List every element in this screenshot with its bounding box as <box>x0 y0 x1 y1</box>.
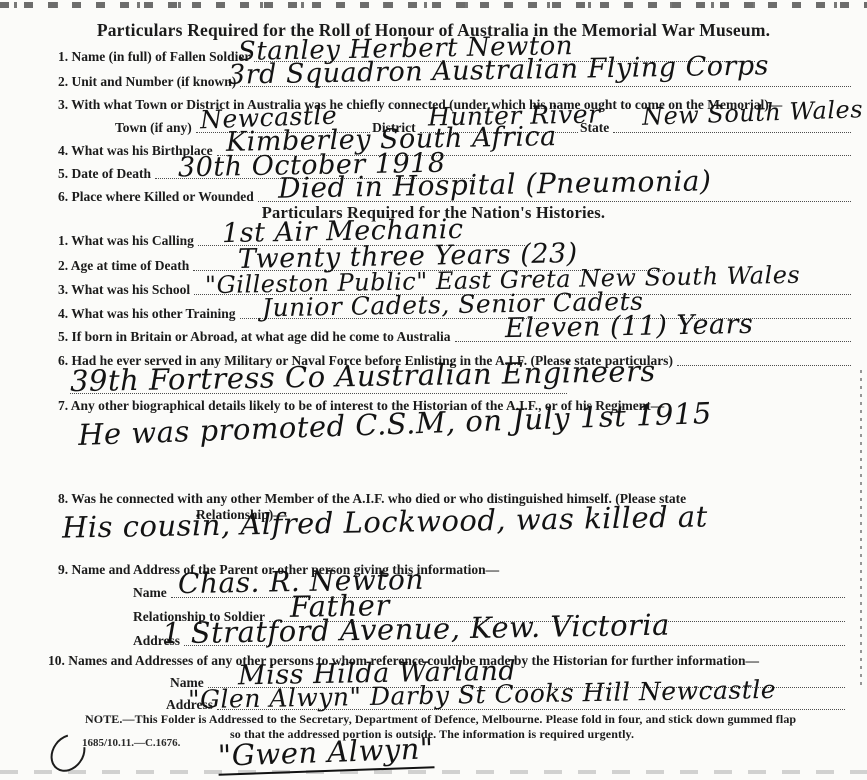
answer-handwriting: 39th Fortress Co Australian Engineers <box>70 357 656 396</box>
answer-handwriting: Died in Hospital (Pneumonia) <box>278 167 712 203</box>
question-label: 2. Age at time of Death <box>58 258 189 274</box>
question-label: 5. If born in Britain or Abroad, at what… <box>58 329 451 345</box>
scan-noise-bottom <box>0 770 867 774</box>
dotted-rule <box>677 365 851 366</box>
question-label: 1. What was his Calling <box>58 233 194 249</box>
state-answer-handwriting: New South Wales <box>642 97 864 129</box>
question-label: 3. What was his School <box>58 282 190 298</box>
dotted-rule <box>613 132 851 133</box>
answer-handwriting: Eleven (11) Years <box>505 311 754 342</box>
question-label: 4. What was his other Training <box>58 306 236 322</box>
printers-code: 1685/10.11.—C.1676. <box>82 737 180 749</box>
name-label: Name <box>133 585 167 601</box>
answer-handwriting: His cousin, Alfred Lockwood, was killed … <box>62 502 708 542</box>
address-answer-handwriting: 1 Stratford Avenue, Kew. Victoria <box>162 611 670 649</box>
note-line-1: NOTE.—This Folder is Addressed to the Se… <box>85 712 796 727</box>
question-label: 1. Name (in full) of Fallen Soldier <box>58 49 250 65</box>
scan-noise-right-edge <box>860 370 862 690</box>
scanned-form-page: CARD No. Particulars Required for the Ro… <box>0 0 867 780</box>
scan-noise-top <box>0 2 867 8</box>
town-label: Town (if any) <box>115 120 192 136</box>
question-label: 2. Unit and Number (if known) <box>58 74 236 90</box>
question-label: 5. Date of Death <box>58 166 151 182</box>
